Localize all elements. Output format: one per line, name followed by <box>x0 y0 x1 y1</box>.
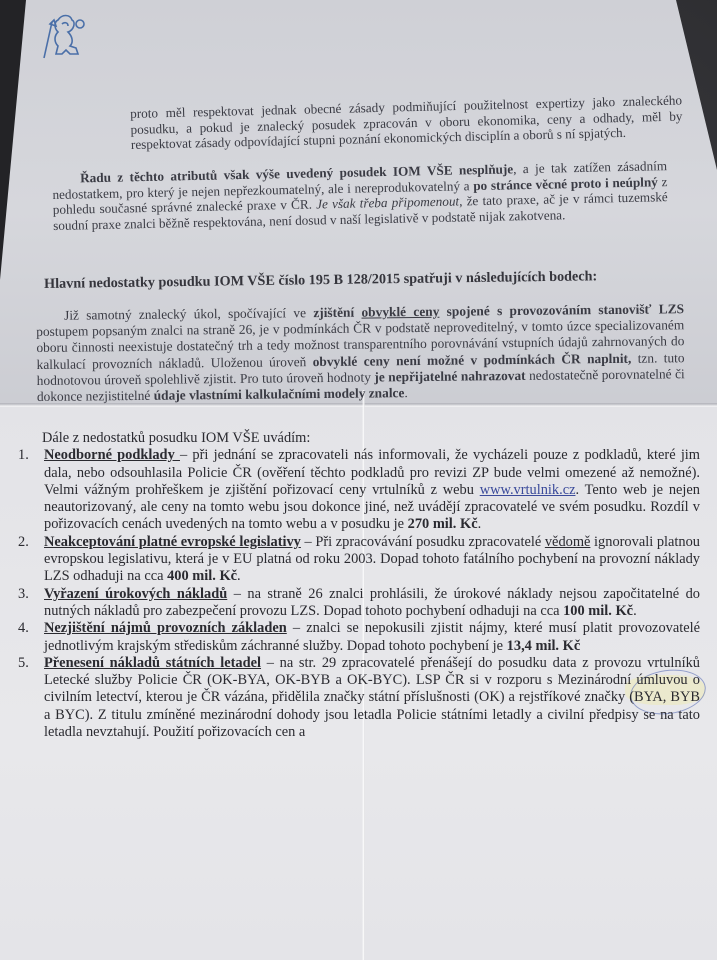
list-item: 1. Neodborné podklady – při jednání se z… <box>16 447 706 533</box>
list-item: 2. Neakceptování platné evropské legisla… <box>16 534 706 586</box>
list-item: 4. Nezjištění nájmů provozních základen … <box>16 620 706 655</box>
usual-price-bold-3: obvyklé ceny není možné v podmínkách ČR … <box>313 350 632 368</box>
usual-price-bold-5: údaje vlastními kalkulačními modely znal… <box>154 385 405 403</box>
item-title: Vyřazení úrokových nákladů <box>44 586 227 602</box>
item-text-c: . <box>633 603 637 619</box>
usual-price-text-5: . <box>404 385 408 400</box>
paragraph-usual-price: Již samotný znalecký úkol, spočívající v… <box>36 301 685 405</box>
item-amount: 100 mil. Kč <box>563 603 633 619</box>
deficiency-list: Dále z nedostatků posudku IOM VŠE uvádím… <box>16 430 706 741</box>
item-title: Neakceptování platné evropské legislativ… <box>44 534 301 550</box>
list-intro: Dále z nedostatků posudku IOM VŠE uvádím… <box>16 430 706 447</box>
item-text-c: . <box>237 568 241 584</box>
vrtulnik-link[interactable]: www.vrtulnik.cz <box>480 482 576 498</box>
usual-price-bold-1: zjištění <box>313 305 361 321</box>
item-text-c: . <box>478 516 482 532</box>
item-title: Přenesení nákladů státních letadel <box>44 655 261 671</box>
item-number: 4. <box>16 620 44 655</box>
usual-price-bold-2: spojené s provozováním stanovišť LZS <box>439 301 684 319</box>
usual-price-text-1: Již samotný znalecký úkol, spočívající v… <box>64 305 313 323</box>
item-amount: 400 mil. Kč <box>167 568 237 584</box>
item-number: 1. <box>16 447 44 533</box>
list-item: 5. Přenesení nákladů státních letadel – … <box>16 655 706 741</box>
item-number: 5. <box>16 655 44 741</box>
usual-price-bold-4: je nepřijatelné nahrazovat <box>374 368 525 385</box>
paragraph-attributes: Řadu z těchto atributů však výše uvedený… <box>52 158 668 233</box>
item-text: – Při zpracovávání posudku zpracovatelé <box>301 534 545 550</box>
item-number: 2. <box>16 534 44 586</box>
lion-crest-icon <box>40 10 88 60</box>
list-item: 3. Vyřazení úrokových nákladů – na stran… <box>16 586 706 621</box>
usual-price-underlined: obvyklé ceny <box>361 304 439 320</box>
item-title: Nezjištění nájmů provozních základen <box>44 620 287 636</box>
item-number: 3. <box>16 586 44 621</box>
item-amount: 270 mil. Kč <box>408 516 478 532</box>
item-title: Neodborné podklady <box>44 447 180 463</box>
item-amount: 13,4 mil. Kč <box>507 638 581 654</box>
item-underlined-word: vědomě <box>545 534 591 550</box>
